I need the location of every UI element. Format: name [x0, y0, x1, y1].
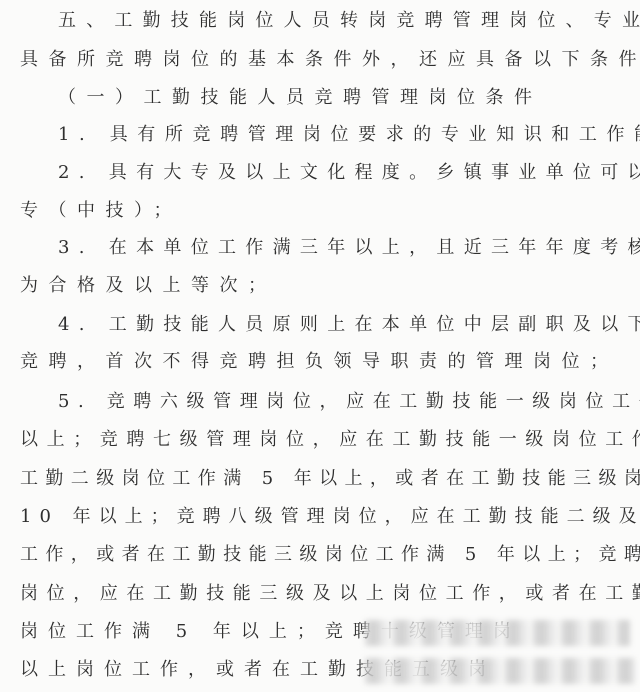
item-5-line-1: 5. 竞聘六级管理岗位，应在工勤技能一级岗位工作满 5 年 — [58, 387, 640, 417]
redacted-blur-region — [365, 658, 635, 684]
item-1-line-1: 1. 具有所竞聘管理岗位要求的专业知识和工作能力； — [58, 120, 640, 150]
document-page: 五、工勤技能岗位人员转岗竞聘管理岗位、专业技术岗位除 具备所竞聘岗位的基本条件外… — [0, 0, 640, 692]
item-5-line-3: 工勤二级岗位工作满 5 年以上，或者在工勤技能三级岗位工作满 — [20, 464, 640, 494]
item-2-line-2: 专（中技）； — [20, 196, 182, 226]
item-2-line-1: 2. 具有大专及以上文化程度。乡镇事业单位可以放宽到中 — [58, 158, 640, 188]
item-5-line-5: 工作，或者在工勤技能三级岗位工作满 5 年以上；竞聘九级管理 — [20, 540, 640, 570]
item-5-line-4: 10 年以上；竞聘八级管理岗位，应在工勤技能二级及以上岗位 — [20, 502, 640, 532]
item-4-line-2: 竞聘，首次不得竞聘担负领导职责的管理岗位； — [20, 347, 619, 377]
item-3-line-1: 3. 在本单位工作满三年以上，且近三年年度考核均被确定 — [58, 233, 640, 263]
subsection-1-title: （一）工勤技能人员竞聘管理岗位条件 — [58, 83, 543, 113]
item-5-line-2: 以上；竞聘七级管理岗位，应在工勤技能一级岗位工作，或者在 — [20, 425, 640, 455]
redacted-blur-region — [365, 620, 630, 646]
item-3-line-2: 为合格及以上等次； — [20, 271, 277, 301]
paragraph-5-heading-line-1: 五、工勤技能岗位人员转岗竞聘管理岗位、专业技术岗位除 — [58, 6, 640, 36]
paragraph-5-heading-line-2: 具备所竞聘岗位的基本条件外，还应具备以下条件： — [20, 45, 640, 75]
item-5-line-6: 岗位，应在工勤技能三级及以上岗位工作，或者在工勤技能四级 — [20, 579, 640, 609]
item-4-line-1: 4. 工勤技能人员原则上在本单位中层副职及以下岗位进行 — [58, 310, 640, 340]
